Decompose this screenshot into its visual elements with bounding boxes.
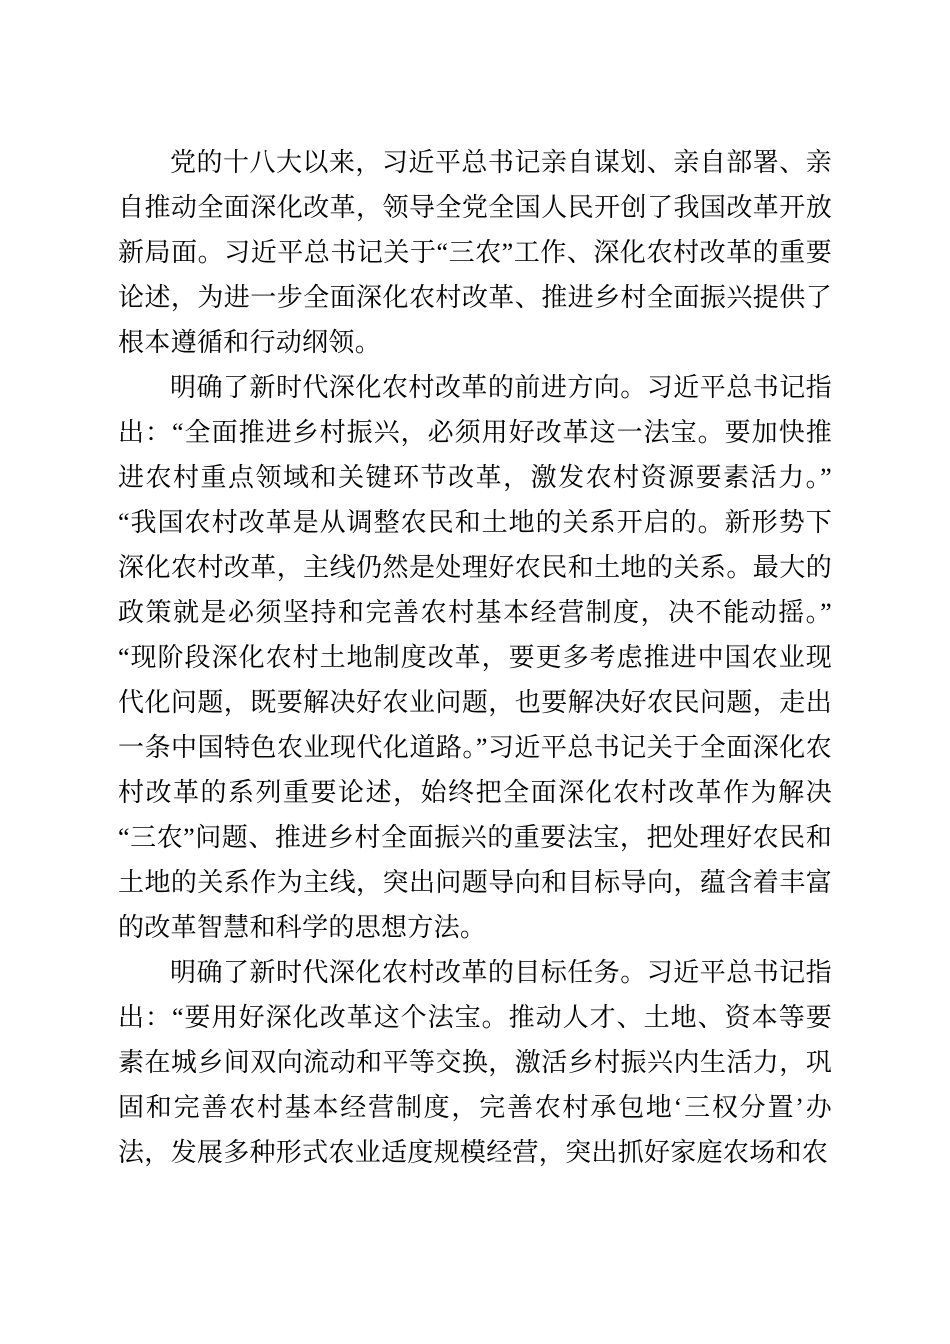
paragraph-reform-direction: 明确了新时代深化农村改革的前进方向。习近平总书记指出：“全面推进乡村振兴，必须用…: [118, 365, 832, 950]
document-page: 党的十八大以来，习近平总书记亲自谋划、亲自部署、亲自推动全面深化改革，领导全党全…: [0, 0, 950, 1344]
paragraph-reform-goals-truncated: 明确了新时代深化农村改革的目标任务。习近平总书记指出：“要用好深化改革这个法宝。…: [118, 950, 832, 1175]
paragraph-intro-deepening-reform: 党的十八大以来，习近平总书记亲自谋划、亲自部署、亲自推动全面深化改革，领导全党全…: [118, 140, 832, 365]
document-text-block: 党的十八大以来，习近平总书记亲自谋划、亲自部署、亲自推动全面深化改革，领导全党全…: [118, 140, 832, 1175]
